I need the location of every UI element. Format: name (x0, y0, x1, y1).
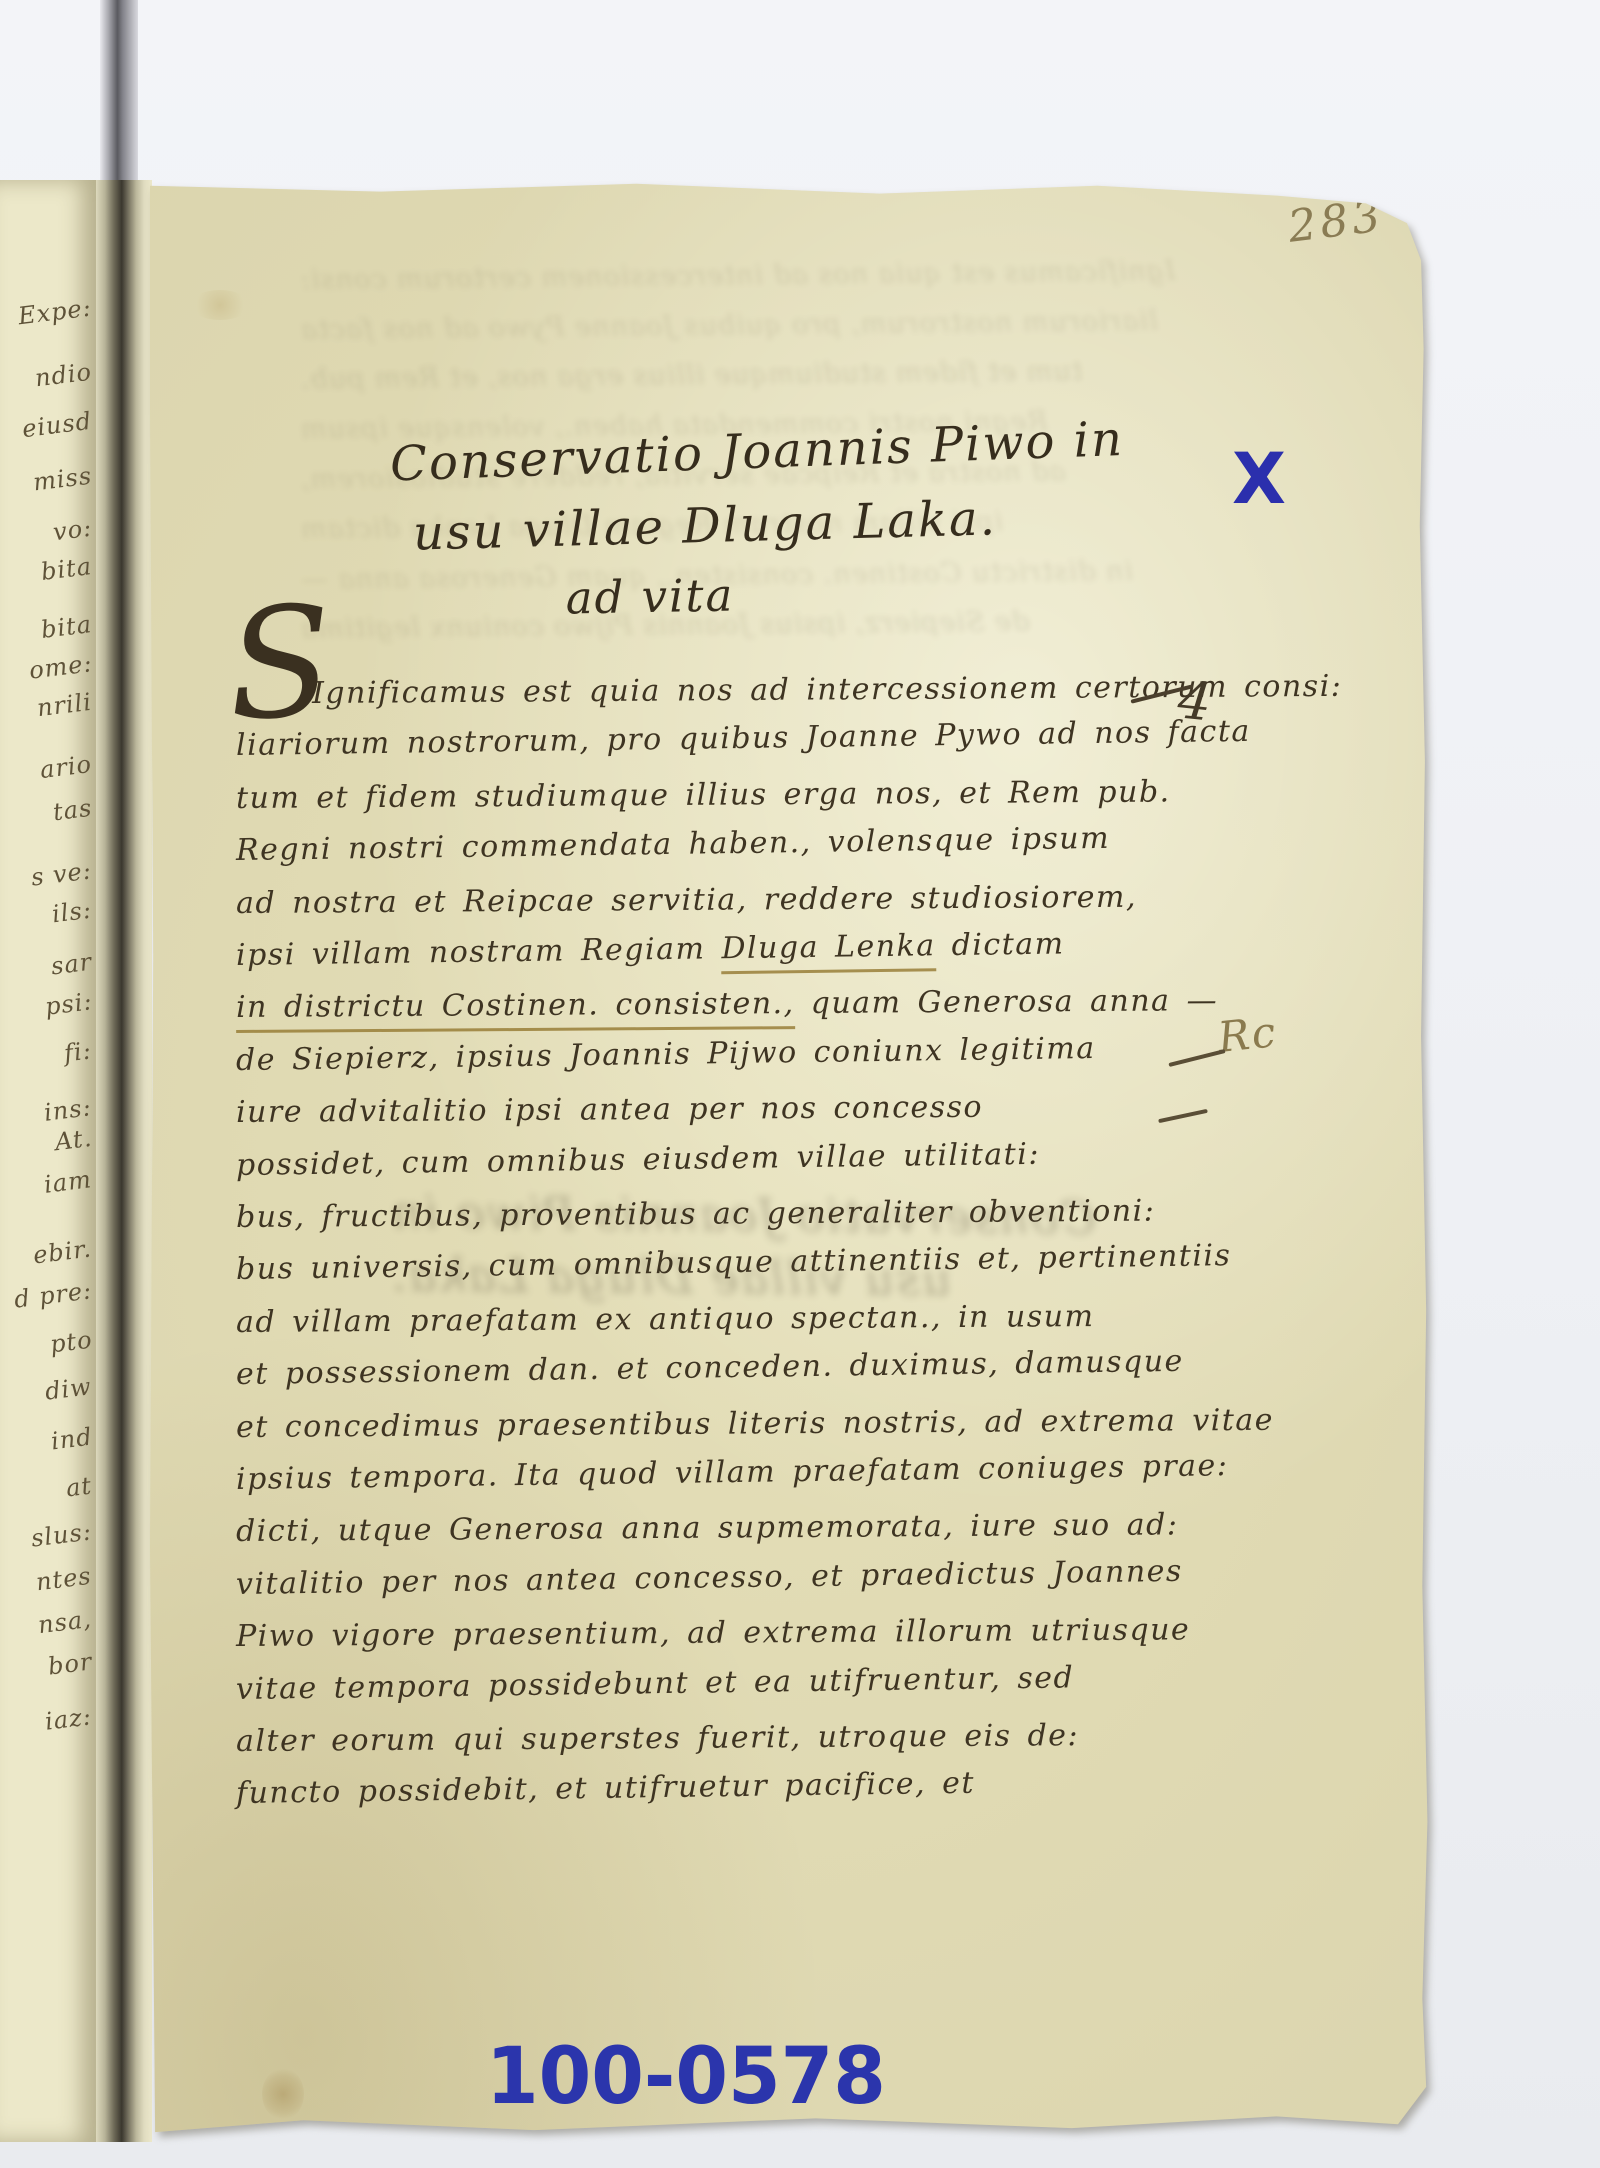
left-page-fragment: slus: (30, 1517, 94, 1552)
flourish-dash (1168, 1049, 1225, 1067)
decorated-initial: S (224, 585, 336, 742)
underlined-phrase: in districtu Costinen. consisten., (236, 986, 795, 1033)
manuscript-line: et possessionem dan. et conceden. duximu… (236, 1344, 1184, 1392)
book-gutter-rod (100, 0, 138, 205)
manuscript-line: Regni nostri commendata haben., volensqu… (236, 821, 1111, 868)
left-page-fragment: pto (48, 1326, 94, 1359)
text-segment: ad nostra et Reipcae servitia, reddere s… (236, 879, 1137, 920)
manuscript-line: de Siepierz, ipsius Joannis Pijwo coniun… (236, 1031, 1096, 1078)
archive-catalog-number: 100-0578 (486, 2032, 886, 2122)
manuscript-line: dicti, utque Generosa anna supmemorata, … (236, 1508, 1179, 1550)
ghost-line: liariorum nostrorum, pro quibus Joanne P… (300, 306, 1158, 346)
underlined-phrase: Dluga Lenka (721, 928, 936, 974)
text-segment: et possessionem dan. et conceden. duximu… (236, 1344, 1184, 1392)
document-title-line-3: ad vita (390, 565, 911, 627)
left-page-fragment: vo: (51, 514, 93, 547)
manuscript-line: bus universis, cum omnibusque attinentii… (236, 1238, 1232, 1287)
left-page-fragment: diw (44, 1372, 94, 1405)
text-segment: dicti, utque Generosa anna supmemorata, … (236, 1508, 1179, 1550)
left-page-fragment: bita (39, 552, 93, 586)
left-page-fragment: ndio (34, 358, 94, 393)
blue-x-annotation: X (1232, 444, 1286, 514)
manuscript-line: vitalitio per nos antea concesso, et pra… (236, 1554, 1183, 1602)
text-segment: vitae tempora possidebunt et ea utifruen… (236, 1660, 1075, 1707)
margin-numeral-mark: 4 (1175, 670, 1214, 733)
text-segment: alter eorum qui superstes fuerit, utroqu… (236, 1718, 1079, 1759)
left-page-fragment: psi: (43, 987, 94, 1021)
manuscript-line: ad nostra et Reipcae servitia, reddere s… (236, 879, 1137, 920)
manuscript-line: et concedimus praesentibus literis nostr… (236, 1402, 1274, 1444)
text-segment: functo possidebit, et utifruetur pacific… (236, 1766, 975, 1811)
manuscript-line: liariorum nostrorum, pro quibus Joanne P… (236, 714, 1251, 763)
manuscript-line: functo possidebit, et utifruetur pacific… (236, 1766, 975, 1811)
left-page-fragment: Expe: (17, 294, 94, 331)
ghost-line: tum et fidem studiumque illius erga nos,… (300, 356, 1083, 395)
manuscript-line: in districtu Costinen. consisten., quam … (236, 984, 1218, 1026)
left-page-fragment: bita (39, 610, 93, 644)
left-page-fragment: at (64, 1472, 93, 1503)
text-segment: quam Generosa anna — (795, 984, 1219, 1022)
text-segment: bus, fructibus, proventibus ac generalit… (236, 1194, 1156, 1235)
document-title-line-2: usu villae Dluga Laka. (379, 490, 1030, 563)
text-segment: ipsius tempora. Ita quod villam praefata… (236, 1448, 1229, 1497)
margin-rc-annotation: Rc (1216, 1007, 1280, 1062)
left-page-fragment: eiusd (21, 407, 94, 443)
left-page-fragment: bor (46, 1647, 93, 1680)
facing-page-edge: Expe:ndioeiusdmissvo:bitabitaome:nriliar… (0, 180, 98, 2142)
left-page-fragment: ins: (43, 1093, 94, 1127)
manuscript-line: alter eorum qui superstes fuerit, utroqu… (236, 1718, 1079, 1759)
manuscript-page-wrap: Ignificamus est quia nos ad intercession… (150, 172, 1430, 2136)
manuscript-line: ipsius tempora. Ita quod villam praefata… (236, 1448, 1229, 1497)
left-page-fragment: nsa, (37, 1605, 94, 1639)
text-segment: iure advitalitio ipsi antea per nos conc… (236, 1090, 983, 1130)
left-page-fragment: fi: (63, 1036, 94, 1067)
ghost-line: Ignificamus est quia nos ad intercession… (300, 255, 1176, 295)
left-page-fragment: nrili (36, 688, 94, 722)
left-page-fragment: ils: (51, 896, 94, 929)
manuscript-line: possidet, cum omnibus eiusdem villae uti… (236, 1136, 1040, 1182)
left-page-fragment: ind (49, 1423, 94, 1456)
left-page-fragment: s ve: (30, 856, 94, 891)
left-page-fragment: tas (51, 794, 93, 827)
manuscript-line: ad villam praefatam ex antiquo spectan.,… (236, 1299, 1095, 1340)
left-page-fragment: ario (39, 750, 94, 784)
text-segment: Piwo vigore praesentium, ad extrema illo… (236, 1613, 1190, 1655)
manuscript-page: Ignificamus est quia nos ad intercession… (150, 172, 1430, 2136)
text-segment: bus universis, cum omnibusque attinentii… (236, 1238, 1232, 1287)
text-segment: tum et fidem studiumque illius erga nos,… (236, 774, 1171, 816)
text-segment: vitalitio per nos antea concesso, et pra… (236, 1554, 1183, 1602)
manuscript-line: ipsi villam nostram Regiam Dluga Lenka d… (236, 926, 1065, 973)
text-segment: de Siepierz, ipsius Joannis Pijwo coniun… (236, 1031, 1096, 1078)
folio-number: 283 (1285, 186, 1420, 252)
text-segment: et concedimus praesentibus literis nostr… (236, 1402, 1274, 1444)
paper-stain-faint (190, 290, 250, 320)
manuscript-line: Piwo vigore praesentium, ad extrema illo… (236, 1613, 1190, 1655)
text-segment: ipsi villam nostram Regiam (236, 931, 722, 973)
left-page-fragment: ntes (35, 1562, 94, 1597)
text-segment: possidet, cum omnibus eiusdem villae uti… (236, 1136, 1040, 1182)
page-gutter-shadow (96, 180, 152, 2142)
flourish-dash (1158, 1109, 1208, 1123)
scanned-manuscript-photo: Expe:ndioeiusdmissvo:bitabitaome:nriliar… (0, 0, 1600, 2168)
paper-stain (262, 2068, 304, 2120)
left-page-fragment: ebir. (32, 1235, 94, 1270)
text-segment: Regni nostri commendata haben., volensqu… (236, 821, 1111, 868)
left-page-fragment: iam (43, 1165, 94, 1199)
left-page-fragment: At. (53, 1124, 93, 1156)
left-page-fragment: sar (49, 948, 93, 981)
manuscript-line: vitae tempora possidebunt et ea utifruen… (236, 1660, 1075, 1707)
left-page-fragment: iaz: (44, 1702, 94, 1735)
left-page-fragment: ome: (27, 649, 93, 685)
manuscript-line: tum et fidem studiumque illius erga nos,… (236, 774, 1171, 816)
manuscript-line: bus, fructibus, proventibus ac generalit… (236, 1194, 1156, 1235)
text-segment: liariorum nostrorum, pro quibus Joanne P… (236, 714, 1251, 763)
manuscript-line: iure advitalitio ipsi antea per nos conc… (236, 1090, 983, 1130)
text-segment: dictam (935, 926, 1065, 963)
left-page-fragment: d pre: (12, 1276, 93, 1313)
left-page-fragment: miss (31, 462, 93, 497)
text-segment: ad villam praefatam ex antiquo spectan.,… (236, 1299, 1095, 1340)
